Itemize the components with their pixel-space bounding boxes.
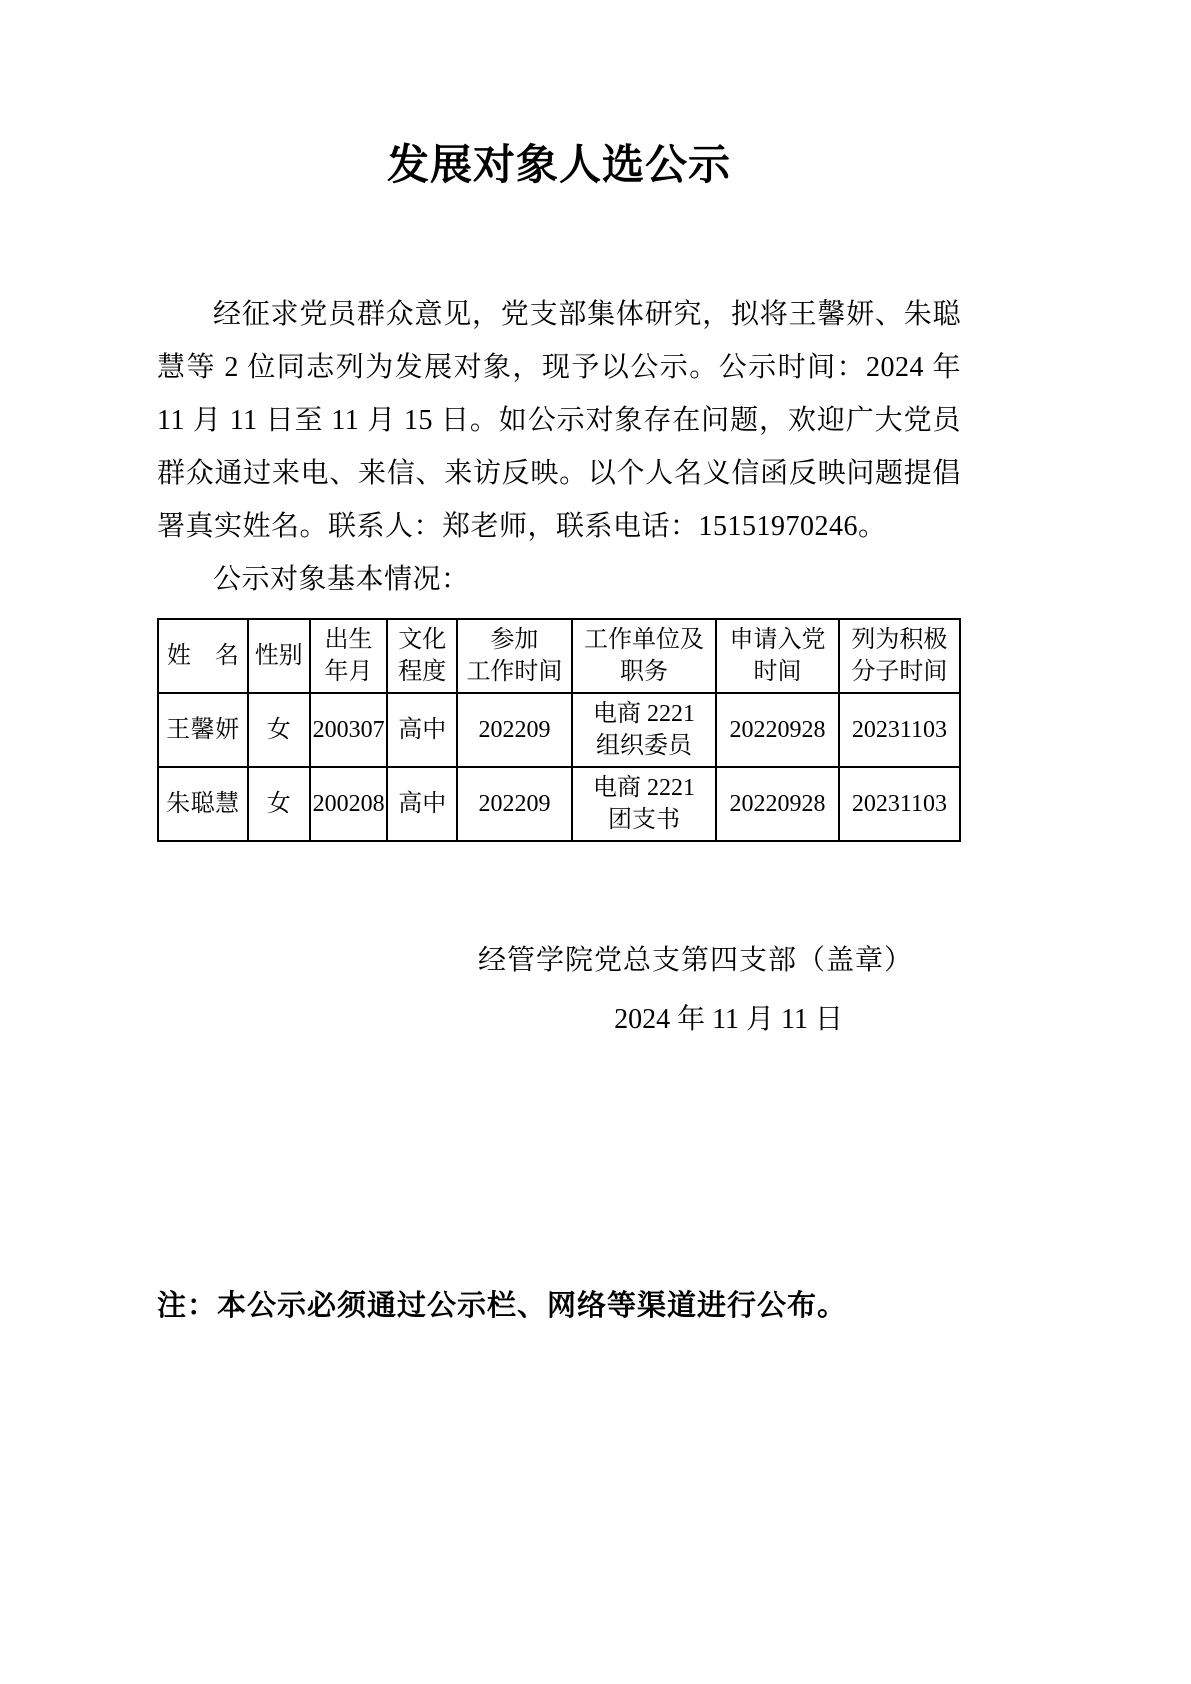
header-birth-date: 出生 年月 <box>310 619 388 693</box>
cell-name: 王馨妍 <box>158 693 248 767</box>
header-education: 文化 程度 <box>387 619 457 693</box>
signature-org: 经管学院党总支第四支部（盖章） <box>157 934 961 987</box>
cell-activist-date: 20231103 <box>839 767 960 841</box>
cell-work-unit: 电商 2221 团支书 <box>572 767 716 841</box>
table-row: 朱聪慧 女 200208 高中 202209 电商 2221 团支书 20220… <box>158 767 960 841</box>
header-name: 姓 名 <box>158 619 248 693</box>
cell-work-start: 202209 <box>457 767 572 841</box>
cell-activist-date: 20231103 <box>839 693 960 767</box>
signature-date: 2024 年 11 月 11 日 <box>157 993 961 1046</box>
footer-note: 注：本公示必须通过公示栏、网络等渠道进行公布。 <box>157 1284 961 1328</box>
table-intro-text: 公示对象基本情况： <box>157 553 961 606</box>
candidates-table: 姓 名 性别 出生 年月 文化 程度 参加 工作时间 工作单位及 职务 申请入党… <box>157 618 961 842</box>
cell-name: 朱聪慧 <box>158 767 248 841</box>
table-row: 王馨妍 女 200307 高中 202209 电商 2221 组织委员 2022… <box>158 693 960 767</box>
cell-apply-date: 20220928 <box>716 693 839 767</box>
header-apply-date: 申请入党 时间 <box>716 619 839 693</box>
cell-apply-date: 20220928 <box>716 767 839 841</box>
cell-birth-date: 200307 <box>310 693 388 767</box>
header-work-unit: 工作单位及 职务 <box>572 619 716 693</box>
cell-gender: 女 <box>248 693 310 767</box>
header-work-start: 参加 工作时间 <box>457 619 572 693</box>
page-title: 发展对象人选公示 <box>157 132 961 192</box>
header-activist-date: 列为积极 分子时间 <box>839 619 960 693</box>
cell-work-start: 202209 <box>457 693 572 767</box>
cell-education: 高中 <box>387 693 457 767</box>
header-gender: 性别 <box>248 619 310 693</box>
notice-body-paragraph: 经征求党员群众意见，党支部集体研究，拟将王馨妍、朱聪慧等 2 位同志列为发展对象… <box>157 288 961 553</box>
cell-gender: 女 <box>248 767 310 841</box>
document-content: 发展对象人选公示 经征求党员群众意见，党支部集体研究，拟将王馨妍、朱聪慧等 2 … <box>157 132 961 1328</box>
table-header-row: 姓 名 性别 出生 年月 文化 程度 参加 工作时间 工作单位及 职务 申请入党… <box>158 619 960 693</box>
document-page: 发展对象人选公示 经征求党员群众意见，党支部集体研究，拟将王馨妍、朱聪慧等 2 … <box>0 0 1191 1684</box>
cell-work-unit: 电商 2221 组织委员 <box>572 693 716 767</box>
cell-education: 高中 <box>387 767 457 841</box>
cell-birth-date: 200208 <box>310 767 388 841</box>
